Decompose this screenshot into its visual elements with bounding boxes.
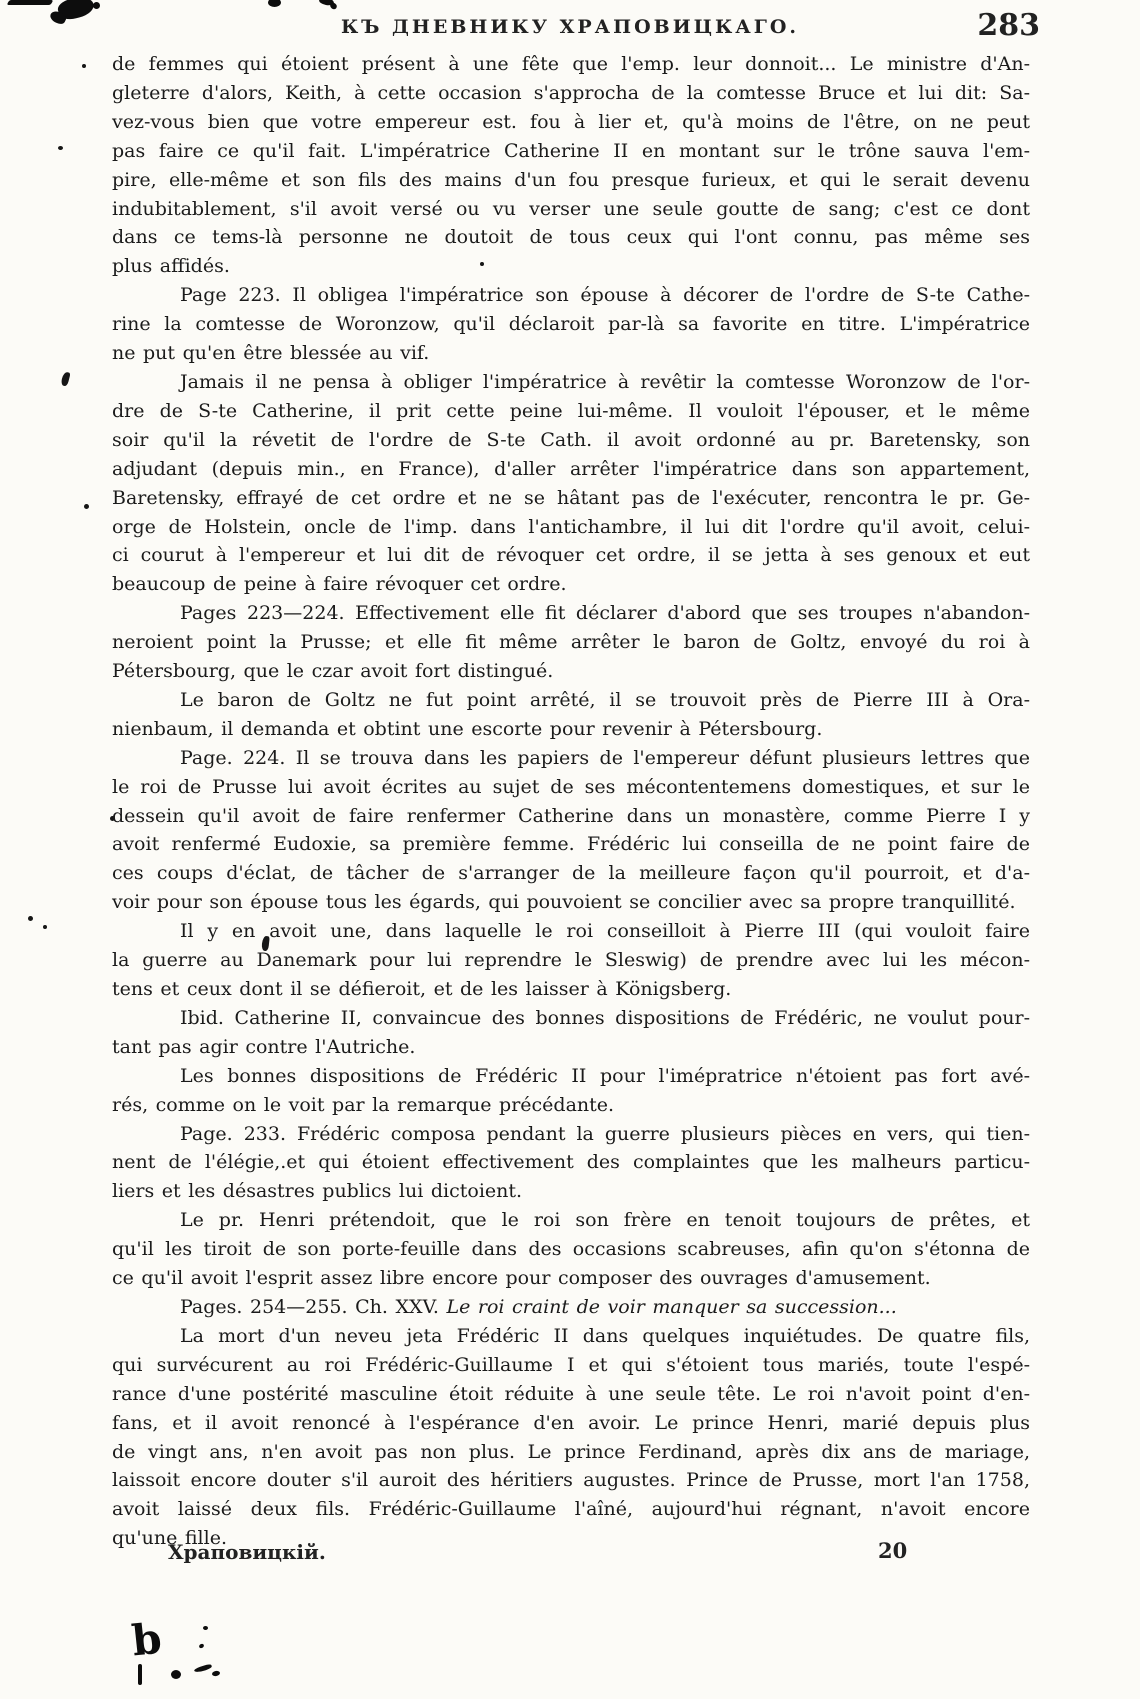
- ink-speck: [212, 1670, 221, 1676]
- ink-speck: [194, 1663, 213, 1673]
- text-line: avoit renfermé Eudoxie, sa première femm…: [112, 830, 1030, 859]
- text-line: beaucoup de peine à faire révoquer cet o…: [112, 570, 1030, 599]
- ink-speck: [58, 146, 63, 150]
- text-line: qui survécurent au roi Frédéric-Guillaum…: [112, 1351, 1030, 1380]
- text-line: dre de S-te Catherine, il prit cette pei…: [112, 397, 1030, 426]
- text-run: Pages. 254—255. Ch. XXV.: [180, 1296, 447, 1318]
- paragraph: Il y en avoit une, dans laquelle le roi …: [112, 917, 1030, 1004]
- text-line: rance d'une postérité masculine étoit ré…: [112, 1380, 1030, 1409]
- ink-smudge: [7, 0, 54, 5]
- text-line: voir pour son épouse tous les égards, qu…: [112, 888, 1030, 917]
- text-line: dessein qu'il avoit de faire renfermer C…: [112, 802, 1030, 831]
- scanned-book-page: КЪ ДНЕВНИКУ ХРАПОВИЦКАГО. 283 de femmes …: [0, 0, 1140, 1699]
- text-line: Il y en avoit une, dans laquelle le roi …: [112, 917, 1030, 946]
- text-line: nienbaum, il demanda et obtint une escor…: [112, 715, 1030, 744]
- text-line: plus affidés.: [112, 252, 1030, 281]
- paragraph: Pages. 254—255. Ch. XXV. Le roi craint d…: [112, 1293, 1030, 1322]
- text-line: orge de Holstein, oncle de l'imp. dans l…: [112, 513, 1030, 542]
- text-line: rine la comtesse de Woronzow, qu'il décl…: [112, 310, 1030, 339]
- text-line: de femmes qui étoient présent à une fête…: [112, 50, 1030, 79]
- text-line: Ibid. Catherine II, convaincue des bonne…: [112, 1004, 1030, 1033]
- text-line: pas faire ce qu'il fait. L'impératrice C…: [112, 137, 1030, 166]
- text-line: tens et ceux dont il se défieroit, et de…: [112, 975, 1030, 1004]
- text-line: soir qu'il la révetit de l'ordre de S-te…: [112, 426, 1030, 455]
- text-line: Pages 223—224. Effectivement elle fit dé…: [112, 599, 1030, 628]
- footer-sheet-number: 20: [878, 1538, 907, 1563]
- ink-speck: [60, 371, 70, 386]
- text-line: de vingt ans, n'en avoit pas non plus. L…: [112, 1438, 1030, 1467]
- text-line: dans ce tems-là personne ne doutoit de t…: [112, 223, 1030, 252]
- paragraph: La mort d'un neveu jeta Frédéric II dans…: [112, 1322, 1030, 1553]
- text-line: vez-vous bien que votre empereur est. fo…: [112, 108, 1030, 137]
- paragraph: Page 223. Il obligea l'impératrice son é…: [112, 281, 1030, 368]
- paragraph: Ibid. Catherine II, convaincue des bonne…: [112, 1004, 1030, 1062]
- ink-speck: [82, 64, 86, 68]
- paragraph: Le pr. Henri prétendoit, que le roi son …: [112, 1206, 1030, 1293]
- ink-speck: [329, 1, 338, 10]
- ink-speck: [198, 1643, 204, 1649]
- ink-speck: [84, 504, 89, 509]
- handwritten-mark: b: [130, 1614, 164, 1666]
- running-title: КЪ ДНЕВНИКУ ХРАПОВИЦКАГО.: [0, 16, 1140, 38]
- text-line: le roi de Prusse lui avoit écrites au su…: [112, 773, 1030, 802]
- paragraph: de femmes qui étoient présent à une fête…: [112, 50, 1030, 281]
- text-line: avoit laissé deux fils. Frédéric-Guillau…: [112, 1495, 1030, 1524]
- text-line: Le baron de Goltz ne fut point arrêté, i…: [112, 686, 1030, 715]
- ink-speck: [203, 1626, 208, 1630]
- paragraph: Le baron de Goltz ne fut point arrêté, i…: [112, 686, 1030, 744]
- text-line: rés, comme on le voit par la remarque pr…: [112, 1091, 1030, 1120]
- footer-signature: Храповицкій.: [168, 1540, 326, 1564]
- text-line: gleterre d'alors, Keith, à cette occasio…: [112, 79, 1030, 108]
- paragraph: Jamais il ne pensa à obliger l'impératri…: [112, 368, 1030, 599]
- text-line: tant pas agir contre l'Autriche.: [112, 1033, 1030, 1062]
- text-line: Page. 224. Il se trouva dans les papiers…: [112, 744, 1030, 773]
- text-line: Pétersbourg, que le czar avoit fort dist…: [112, 657, 1030, 686]
- paragraph: Les bonnes dispositions de Frédéric II p…: [112, 1062, 1030, 1120]
- ink-speck: [171, 1670, 181, 1679]
- text-line: Jamais il ne pensa à obliger l'impératri…: [112, 368, 1030, 397]
- ink-speck: [43, 925, 47, 929]
- text-line: ci courut à l'empereur et lui dit de rév…: [112, 541, 1030, 570]
- text-line: Le pr. Henri prétendoit, que le roi son …: [112, 1206, 1030, 1235]
- text-line: qu'il les tiroit de son porte-feuille da…: [112, 1235, 1030, 1264]
- text-line: laissoit encore douter s'il auroit des h…: [112, 1466, 1030, 1495]
- text-line: la guerre au Danemark pour lui reprendre…: [112, 946, 1030, 975]
- text-line: indubitablement, s'il avoit versé ou vu …: [112, 195, 1030, 224]
- page-number: 283: [977, 8, 1040, 43]
- text-line: Page 223. Il obligea l'impératrice son é…: [112, 281, 1030, 310]
- text-line: ces coups d'éclat, de tâcher de s'arrang…: [112, 859, 1030, 888]
- text-line: nent de l'élégie,.et qui étoient effecti…: [112, 1148, 1030, 1177]
- text-line: Page. 233. Frédéric composa pendant la g…: [112, 1120, 1030, 1149]
- paragraph: Page. 233. Frédéric composa pendant la g…: [112, 1120, 1030, 1207]
- text-line: liers et les désastres publics lui dicto…: [112, 1177, 1030, 1206]
- ink-speck: [138, 1664, 142, 1685]
- text-line: ce qu'il avoit l'esprit assez libre enco…: [112, 1264, 1030, 1293]
- paragraph: Pages 223—224. Effectivement elle fit dé…: [112, 599, 1030, 686]
- ink-speck: [28, 916, 33, 921]
- text-line: Pages. 254—255. Ch. XXV. Le roi craint d…: [112, 1293, 1030, 1322]
- italic-text-run: Le roi craint de voir manquer sa success…: [447, 1296, 897, 1318]
- text-line: ne put qu'en être blessée au vif.: [112, 339, 1030, 368]
- text-line: pire, elle-même et son fils des mains d'…: [112, 166, 1030, 195]
- ink-speck: [93, 2, 100, 9]
- text-line: fans, et il avoit renoncé à l'espérance …: [112, 1409, 1030, 1438]
- text-line: neroient point la Prusse; et elle fit mê…: [112, 628, 1030, 657]
- body-text: de femmes qui étoient présent à une fête…: [112, 50, 1030, 1553]
- text-line: adjudant (depuis min., en France), d'all…: [112, 455, 1030, 484]
- paragraph: Page. 224. Il se trouva dans les papiers…: [112, 744, 1030, 917]
- text-line: Baretensky, effrayé de cet ordre et ne s…: [112, 484, 1030, 513]
- text-line: La mort d'un neveu jeta Frédéric II dans…: [112, 1322, 1030, 1351]
- text-line: Les bonnes dispositions de Frédéric II p…: [112, 1062, 1030, 1091]
- ink-speck: [268, 0, 281, 7]
